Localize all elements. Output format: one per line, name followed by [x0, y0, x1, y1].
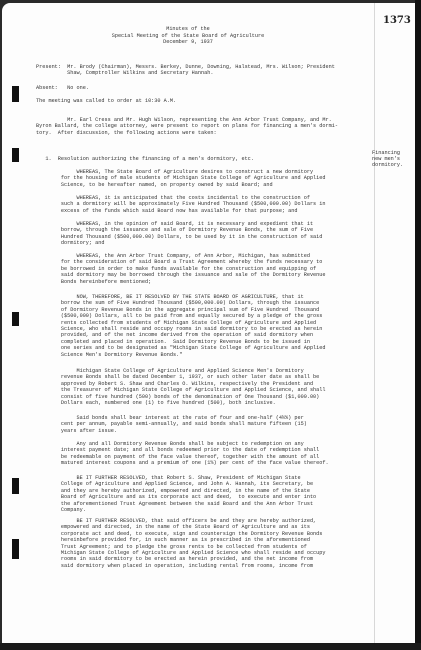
scan-edge-right	[415, 0, 421, 650]
document-page: 1373 Minutes of the Special Meeting of t…	[2, 3, 415, 643]
minutes-title: Minutes of the Special Meeting of the St…	[2, 26, 374, 46]
margin-marker	[12, 539, 19, 559]
absent-list: Absent: No one.	[36, 85, 89, 91]
present-list: Present: Mr. Brody (Chairman), Messrs. B…	[36, 64, 335, 77]
title-line-3: December 9, 1937	[2, 39, 374, 46]
paragraph-whereas-2: WHEREAS, it is anticipated that the cost…	[36, 195, 326, 214]
paragraph-whereas-1: WHEREAS, The State Board of Agriculture …	[36, 169, 326, 188]
scan-edge-bottom	[0, 643, 421, 650]
page-number: 1373	[383, 15, 411, 26]
paragraph-whereas-4: WHEREAS, the Ann Arbor Trust Company, of…	[36, 253, 326, 285]
paragraph-further-resolved-1: BE IT FURTHER RESOLVED, that Robert S. S…	[36, 475, 316, 513]
margin-marker	[12, 478, 19, 494]
paragraph-resolved: NOW, THEREFORE, BE IT RESOLVED BY THE ST…	[36, 294, 326, 358]
paragraph-further-resolved-2: BE IT FURTHER RESOLVED, that said office…	[36, 518, 326, 569]
paragraph-whereas-3: WHEREAS, in the opinion of said Board, i…	[36, 221, 322, 247]
margin-rule	[374, 3, 375, 643]
margin-marker	[12, 312, 19, 326]
margin-note-financing: Financing new men's dormitory.	[372, 150, 403, 169]
margin-marker	[12, 148, 19, 162]
call-to-order: The meeting was called to order at 10:30…	[36, 98, 176, 104]
item-1-heading: 1. Resolution authorizing the financing …	[36, 156, 254, 162]
paragraph-redemption: Any and all Dormitory Revenue Bonds shal…	[36, 441, 329, 467]
paragraph-interest: Said bonds shall bear interest at the ra…	[36, 415, 307, 434]
margin-marker	[12, 86, 19, 102]
intro-paragraph: Mr. Earl Cress and Mr. Hugh Wilson, repr…	[36, 117, 338, 136]
paragraph-bond-terms: Michigan State College of Agriculture an…	[36, 368, 326, 406]
